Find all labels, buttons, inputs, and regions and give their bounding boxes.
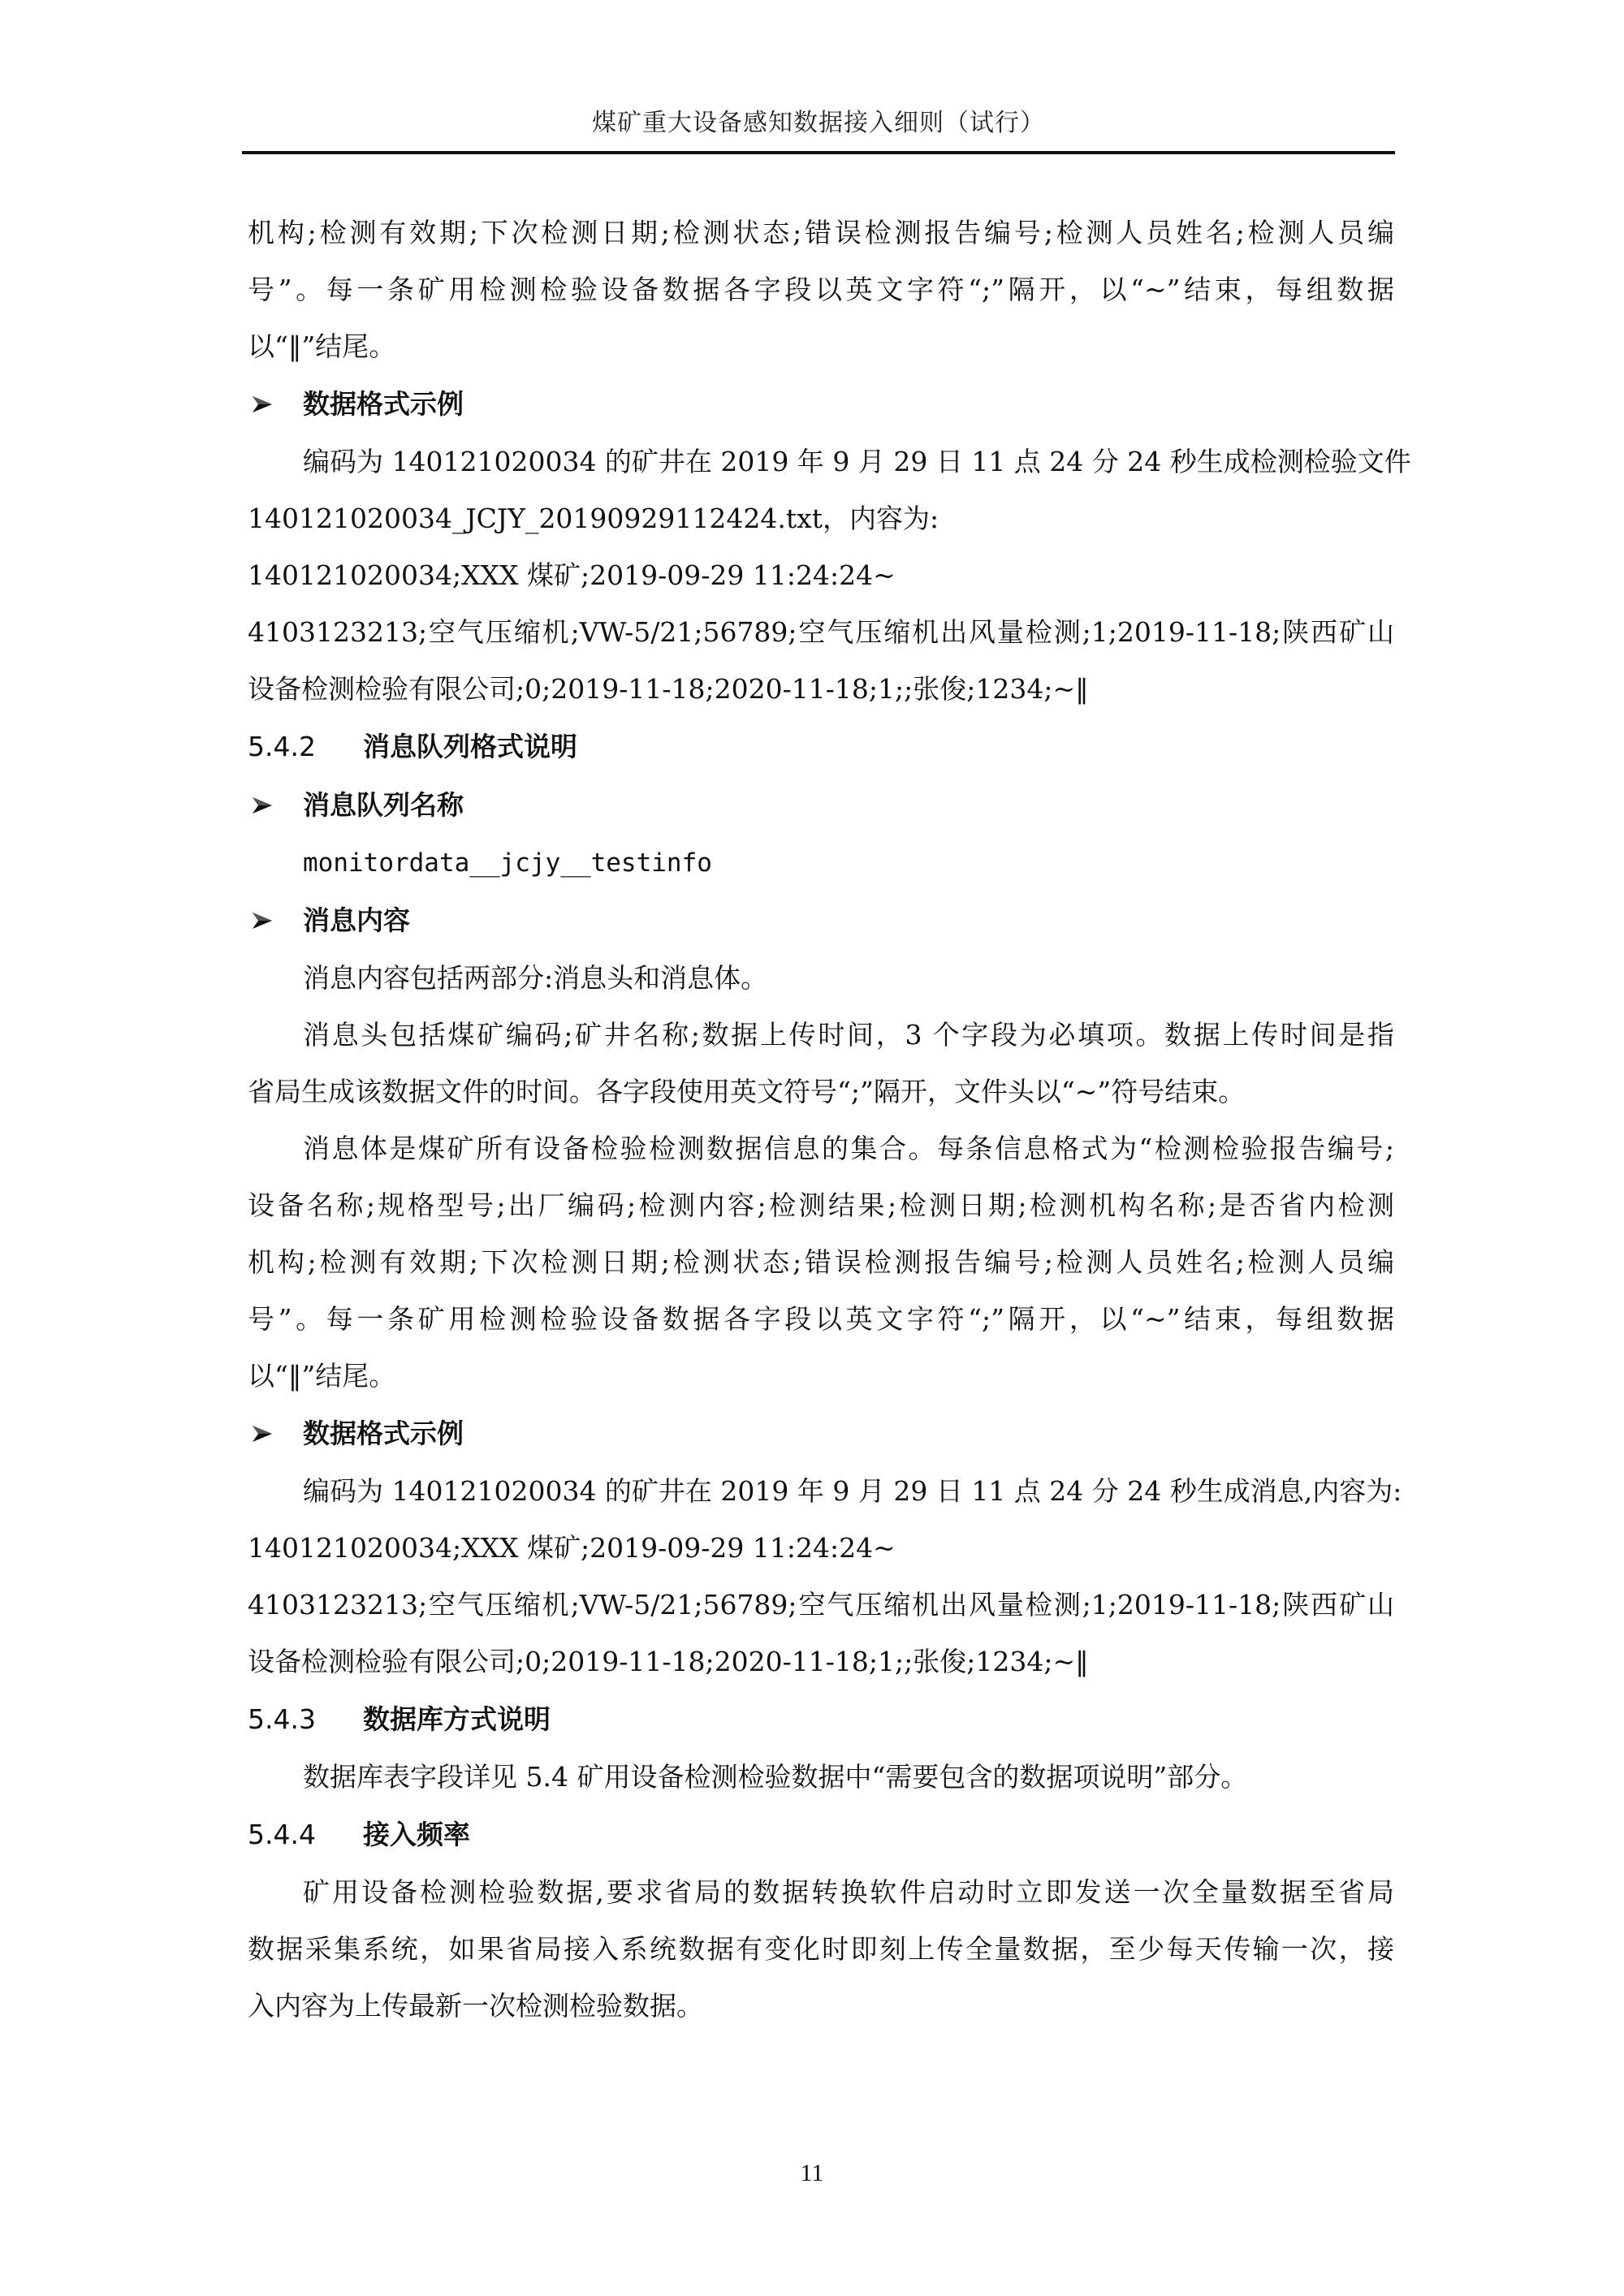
example-message-content: 编码为 140121020034 的矿井在 2019 年 9 月 29 日 11… [248,1463,1394,1690]
text-line: 消息体是煤矿所有设备检验检测数据信息的集合。每条信息格式为“检测检验报告编号; [248,1120,1394,1177]
section-heading-5-4-4: 5.4.4 接入频率 [248,1806,1394,1864]
text-line: 号”。每一条矿用检测检验设备数据各字段以英文字符“;”隔开，以“~”结束，每组数… [248,1291,1394,1348]
bullet-heading-queue-name: 消息队列名称 [248,776,1394,835]
arrowhead-bullet-icon [251,794,274,817]
bullet-label: 消息队列名称 [303,776,464,835]
data-header-line: 140121020034;XXX 煤矿;2019-09-29 11:24:24~ [248,547,1394,604]
bullet-label: 数据格式示例 [303,375,464,434]
section-number: 5.4.3 [248,1690,363,1749]
text-line: 消息头包括煤矿编码;矿井名称;数据上传时间，3 个字段为必填项。数据上传时间是指 [248,1007,1394,1064]
text-line: 省局生成该数据文件的时间。各字段使用英文符号“;”隔开，文件头以“~”符号结束。 [248,1064,1394,1120]
text-line: 机构;检测有效期;下次检测日期;检测状态;错误检测报告编号;检测人员姓名;检测人… [248,1234,1394,1291]
text-line: 机构;检测有效期;下次检测日期;检测状态;错误检测报告编号;检测人员姓名;检测人… [248,205,1394,261]
section-heading-5-4-3: 5.4.3 数据库方式说明 [248,1690,1394,1749]
section-title: 消息队列格式说明 [363,718,577,776]
text-line: 矿用设备检测检验数据,要求省局的数据转换软件启动时立即发送一次全量数据至省局 [248,1864,1394,1921]
bullet-heading-message-content: 消息内容 [248,891,1394,950]
header-divider [242,151,1395,154]
file-name-line: 140121020034_JCJY_20190929112424.txt，内容为… [248,490,1394,547]
data-record-line: 4103123213;空气压缩机;VW-5/21;56789;空气压缩机出风量检… [248,1577,1394,1634]
bullet-heading-data-format-example-2: 数据格式示例 [248,1405,1394,1463]
page-number: 11 [0,2160,1624,2187]
example-file-content: 编码为 140121020034 的矿井在 2019 年 9 月 29 日 11… [248,434,1394,718]
document-body: 机构;检测有效期;下次检测日期;检测状态;错误检测报告编号;检测人员姓名;检测人… [248,205,1394,2035]
page-header-title: 煤矿重大设备感知数据接入细则（试行） [242,107,1395,140]
message-content-description: 消息内容包括两部分:消息头和消息体。 消息头包括煤矿编码;矿井名称;数据上传时间… [248,950,1394,1405]
text-line: 入内容为上传最新一次检测检验数据。 [248,1978,1394,2035]
section-title: 接入频率 [363,1806,470,1864]
text-line: 以“‖”结尾。 [248,1348,1394,1405]
bullet-label: 消息内容 [303,891,410,950]
section-heading-5-4-2: 5.4.2 消息队列格式说明 [248,718,1394,776]
arrowhead-bullet-icon [251,393,274,416]
text-line: 设备名称;规格型号;出厂编码;检测内容;检测结果;检测日期;检测机构名称;是否省… [248,1177,1394,1234]
data-header-line: 140121020034;XXX 煤矿;2019-09-29 11:24:24~ [248,1520,1394,1577]
queue-name-value: monitordata__jcjy__testinfo [248,835,1394,891]
access-frequency-description: 矿用设备检测检验数据,要求省局的数据转换软件启动时立即发送一次全量数据至省局 数… [248,1864,1394,2035]
arrowhead-bullet-icon [251,909,274,932]
database-description: 数据库表字段详见 5.4 矿用设备检测检验数据中“需要包含的数据项说明”部分。 [248,1749,1394,1806]
data-record-line: 设备检测检验有限公司;0;2019-11-18;2020-11-18;1;;张俊… [248,1634,1394,1690]
section-number: 5.4.4 [248,1806,363,1864]
text-line: 编码为 140121020034 的矿井在 2019 年 9 月 29 日 11… [248,434,1394,490]
text-line: 以“‖”结尾。 [248,318,1394,375]
text-line: 数据采集系统，如果省局接入系统数据有变化时即刻上传全量数据，至少每天传输一次，接 [248,1921,1394,1978]
paragraph-continuation: 机构;检测有效期;下次检测日期;检测状态;错误检测报告编号;检测人员姓名;检测人… [248,205,1394,375]
text-line: 消息内容包括两部分:消息头和消息体。 [248,950,1394,1007]
text-line: 号”。每一条矿用检测检验设备数据各字段以英文字符“;”隔开，以“~”结束，每组数… [248,261,1394,318]
data-record-line: 设备检测检验有限公司;0;2019-11-18;2020-11-18;1;;张俊… [248,661,1394,718]
data-record-line: 4103123213;空气压缩机;VW-5/21;56789;空气压缩机出风量检… [248,604,1394,661]
bullet-heading-data-format-example: 数据格式示例 [248,375,1394,434]
bullet-label: 数据格式示例 [303,1405,464,1463]
section-title: 数据库方式说明 [363,1690,551,1749]
section-number: 5.4.2 [248,718,363,776]
arrowhead-bullet-icon [251,1422,274,1445]
text-line: 编码为 140121020034 的矿井在 2019 年 9 月 29 日 11… [248,1463,1394,1520]
